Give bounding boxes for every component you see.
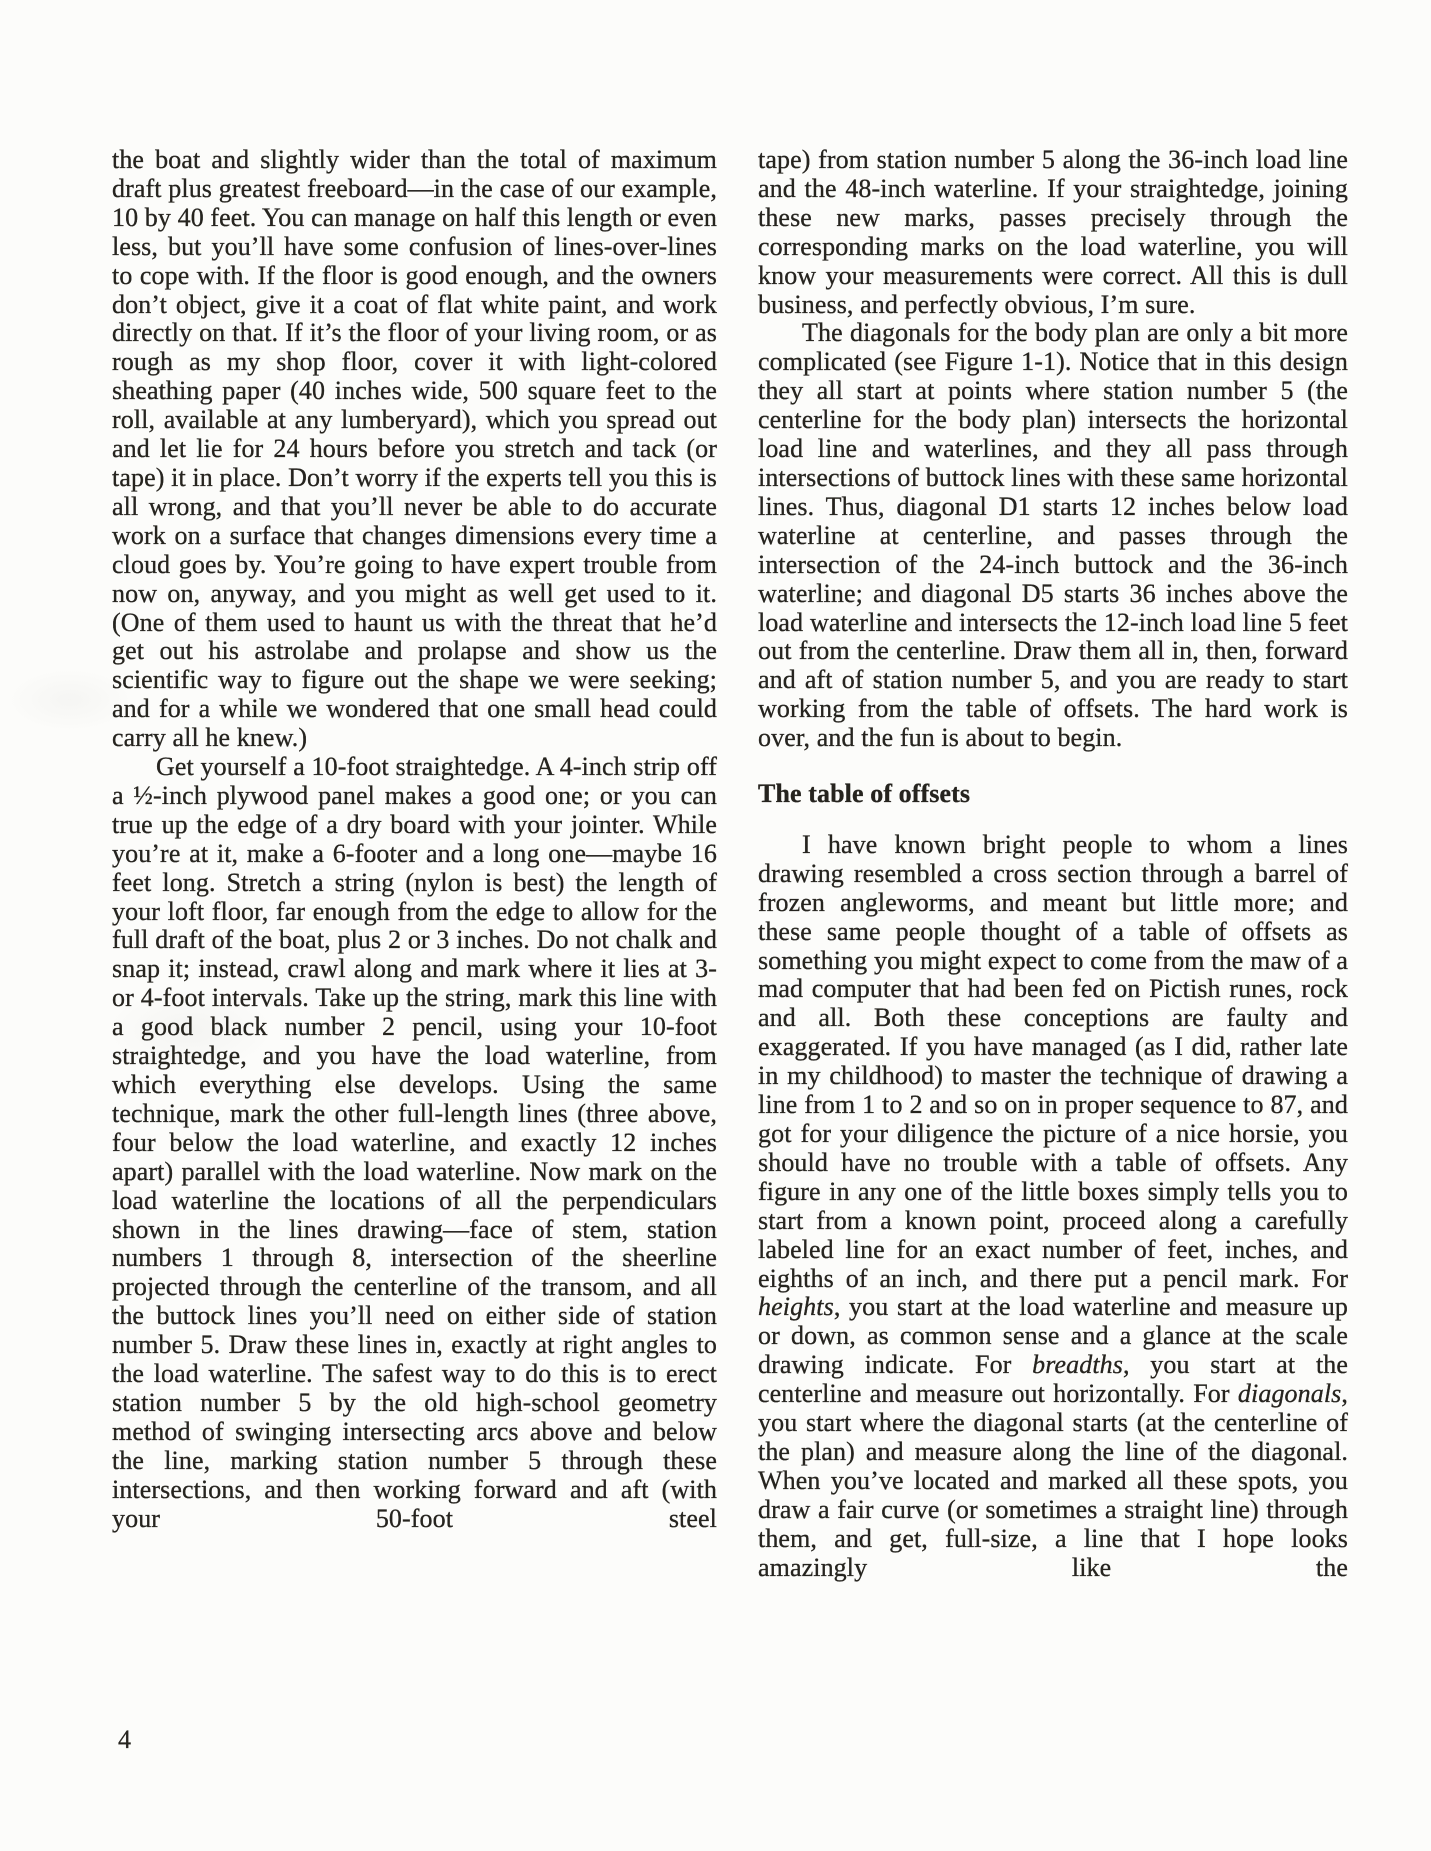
body-paragraph: I have known bright people to whom a lin… bbox=[758, 831, 1348, 1583]
body-paragraph: the boat and slightly wider than the tot… bbox=[112, 146, 717, 753]
section-heading: The table of offsets bbox=[758, 780, 1348, 809]
body-paragraph: Get yourself a 10-foot straightedge. A 4… bbox=[112, 753, 717, 1533]
body-paragraph: tape) from station number 5 along the 36… bbox=[758, 146, 1348, 319]
left-column: the boat and slightly wider than the tot… bbox=[112, 146, 717, 1583]
text-columns: the boat and slightly wider than the tot… bbox=[112, 146, 1348, 1583]
page-number: 4 bbox=[118, 1726, 131, 1755]
right-column: tape) from station number 5 along the 36… bbox=[758, 146, 1348, 1583]
book-page-scan: the boat and slightly wider than the tot… bbox=[0, 0, 1431, 1851]
body-paragraph: The diagonals for the body plan are only… bbox=[758, 319, 1348, 753]
